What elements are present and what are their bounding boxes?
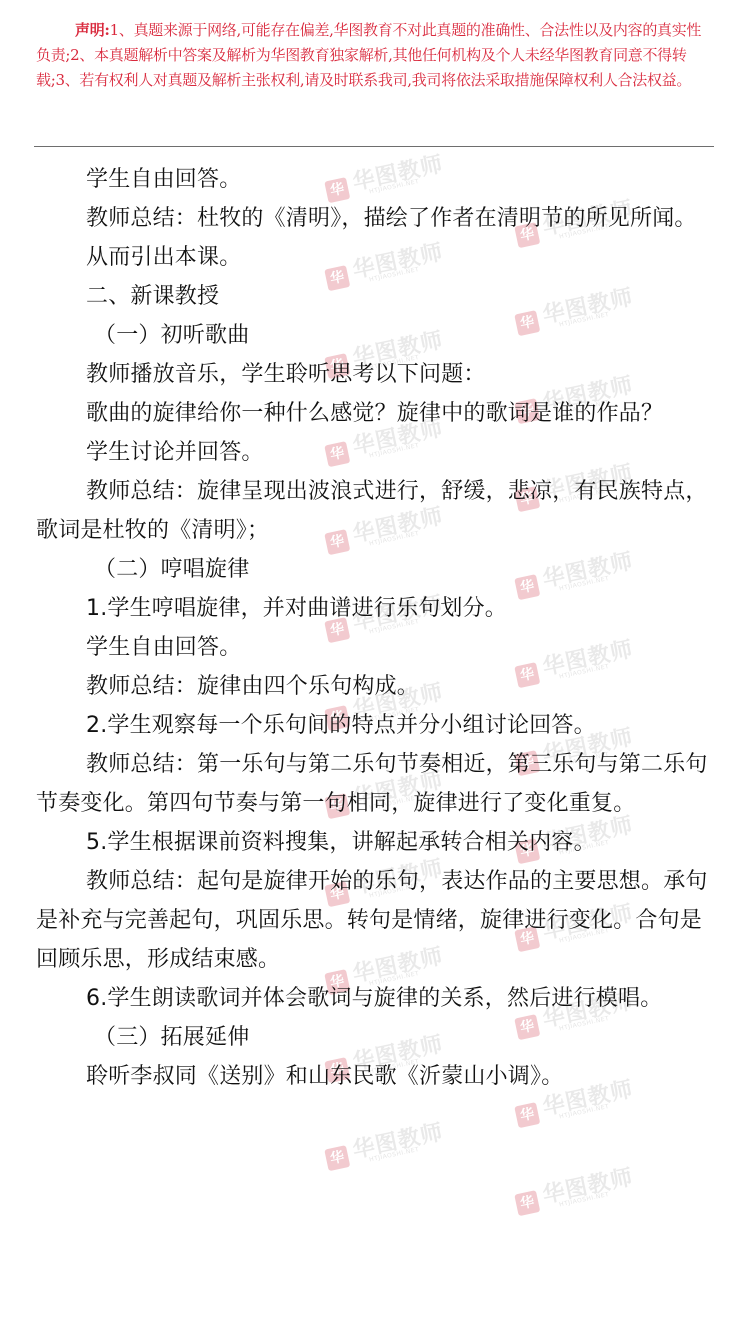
section-heading: 二、新课教授 — [36, 277, 720, 316]
paragraph: 5.学生根据课前资料搜集，讲解起承转合相关内容。 — [36, 823, 720, 862]
watermark-logo-icon: 华 — [324, 1145, 350, 1171]
watermark-subtext: HTJIAOSHI.NET — [369, 1146, 420, 1163]
subsection-heading: （一）初听歌曲 — [36, 316, 720, 355]
divider-rule — [34, 146, 714, 147]
paragraph: 聆听李叔同《送别》和山东民歌《沂蒙山小调》。 — [36, 1057, 720, 1096]
watermark-text: 华图教师 — [540, 1160, 636, 1209]
paragraph: 教师总结：起句是旋律开始的乐句，表达作品的主要思想。承句是补充与完善起句，巩固乐… — [36, 862, 720, 979]
watermark-subtext: HTJIAOSHI.NET — [559, 1103, 610, 1120]
subsection-heading: （三）拓展延伸 — [36, 1018, 720, 1057]
watermark: 华华图教师HTJIAOSHI.NET — [321, 1111, 448, 1183]
paragraph: 2.学生观察每一个乐句间的特点并分小组讨论回答。 — [36, 706, 720, 745]
paragraph: 歌曲的旋律给你一种什么感觉？旋律中的歌词是谁的作品？ — [36, 394, 720, 433]
paragraph: 从而引出本课。 — [36, 238, 720, 277]
paragraph: 1.学生哼唱旋律，并对曲谱进行乐句划分。 — [36, 589, 720, 628]
paragraph: 学生讨论并回答。 — [36, 433, 720, 472]
paragraph: 学生自由回答。 — [36, 160, 720, 199]
subsection-heading: （二）哼唱旋律 — [36, 550, 720, 589]
watermark-logo-icon: 华 — [514, 1102, 540, 1128]
disclaimer-text: 1、真题来源于网络,可能存在偏差,华图教育不对此真题的准确性、合法性以及内容的真… — [36, 21, 701, 89]
watermark: 华华图教师HTJIAOSHI.NET — [511, 1156, 638, 1228]
paragraph: 教师总结：第一乐句与第二乐句节奏相近，第三乐句与第二乐句节奏变化。第四句节奏与第… — [36, 745, 720, 823]
watermark-subtext: HTJIAOSHI.NET — [559, 1191, 610, 1208]
paragraph: 教师播放音乐，学生聆听思考以下问题： — [36, 355, 720, 394]
watermark-text: 华图教师 — [350, 1115, 446, 1164]
document-body: 学生自由回答。 教师总结：杜牧的《清明》，描绘了作者在清明节的所见所闻。 从而引… — [36, 160, 720, 1096]
disclaimer-lead: 声明: — [75, 21, 110, 39]
paragraph: 教师总结：杜牧的《清明》，描绘了作者在清明节的所见所闻。 — [36, 199, 720, 238]
disclaimer: 声明:1、真题来源于网络,可能存在偏差,华图教育不对此真题的准确性、合法性以及内… — [36, 18, 714, 93]
paragraph: 6.学生朗读歌词并体会歌词与旋律的关系，然后进行模唱。 — [36, 979, 720, 1018]
paragraph: 学生自由回答。 — [36, 628, 720, 667]
paragraph: 教师总结：旋律由四个乐句构成。 — [36, 667, 720, 706]
paragraph: 教师总结：旋律呈现出波浪式进行，舒缓，悲凉，有民族特点，歌词是杜牧的《清明》； — [36, 472, 720, 550]
watermark-logo-icon: 华 — [514, 1190, 540, 1216]
